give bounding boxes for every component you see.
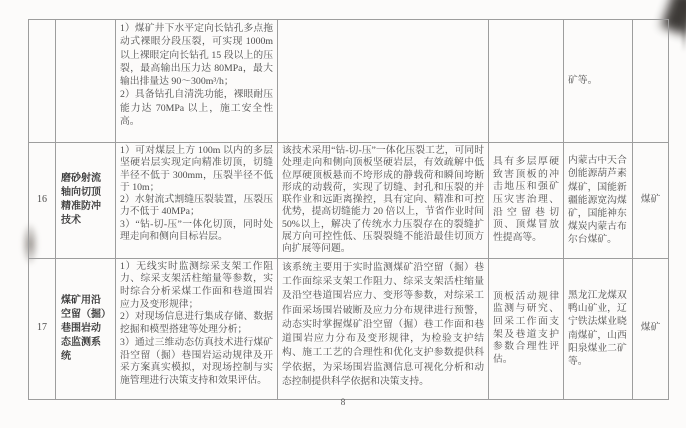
table-row: 16 磨砂射流轴向切顶精准防冲技术 1）可对煤层上方 100m 以内的多层坚硬岩… bbox=[29, 143, 669, 259]
cell-specs: 1）无线实时监测综采支架工作阻力、综采支架活柱缩量等参数，实时综合分析采煤工作面… bbox=[116, 258, 278, 399]
cell-name: 磨砂射流轴向切顶精准防冲技术 bbox=[56, 143, 116, 259]
cell-description: 该系统主要用于实时监测煤矿沿空留（掘）巷工作面综采支架工作阻力、综采支架活柱缩量… bbox=[278, 258, 489, 399]
cell-name bbox=[56, 20, 116, 143]
cell-sites: 矿等。 bbox=[564, 20, 633, 143]
cell-sites: 黑龙江龙煤双鸭山矿业，辽宁铁法煤业晓南煤矿，山西阳泉煤业二矿等。 bbox=[564, 258, 633, 399]
cell-description bbox=[278, 20, 489, 143]
cell-application bbox=[489, 20, 564, 143]
technology-table: 1）煤矿井下水平定向长钻孔多点拖动式裸眼分段压裂，可实现 1000m 以上裸眼定… bbox=[28, 19, 669, 400]
cell-mine-type: 煤矿 bbox=[633, 258, 669, 399]
cell-application: 顶板活动规律监测与研究、回采工作面支架及巷道支护参数合理性评估。 bbox=[489, 258, 564, 399]
cell-specs: 1）可对煤层上方 100m 以内的多层坚硬岩层实现定向精准切顶，切缝半径不低于 … bbox=[116, 143, 278, 259]
page-number: 8 bbox=[0, 398, 686, 408]
cell-name: 煤矿用沿空留（掘）巷围岩动态监测系统 bbox=[56, 258, 116, 399]
scanned-document-page: 1）煤矿井下水平定向长钻孔多点拖动式裸眼分段压裂，可实现 1000m 以上裸眼定… bbox=[0, 0, 686, 428]
cell-mine-type bbox=[633, 20, 669, 143]
cell-no: 17 bbox=[29, 258, 56, 399]
cell-description: 该技术采用“钻-切-压”一体化压裂工艺，可同时处理走向和侧向顶板坚硬岩层，有效疏… bbox=[278, 143, 489, 259]
table-row: 1）煤矿井下水平定向长钻孔多点拖动式裸眼分段压裂，可实现 1000m 以上裸眼定… bbox=[29, 20, 669, 143]
cell-mine-type: 煤矿 bbox=[633, 143, 669, 259]
cell-no: 16 bbox=[29, 143, 56, 259]
cell-sites: 内蒙古中天合创能源葫芦素煤矿，国能新疆能源宽沟煤矿，国能神东煤炭内蒙古布尔台煤矿… bbox=[564, 143, 633, 259]
table-row: 17 煤矿用沿空留（掘）巷围岩动态监测系统 1）无线实时监测综采支架工作阻力、综… bbox=[29, 258, 669, 399]
cell-specs: 1）煤矿井下水平定向长钻孔多点拖动式裸眼分段压裂，可实现 1000m 以上裸眼定… bbox=[116, 20, 278, 143]
cell-application: 具有多层厚硬致害顶板的冲击地压和强矿压灾害治理、沿空留巷切顶、顶煤冒放性提高等。 bbox=[489, 143, 564, 259]
cell-no bbox=[29, 20, 56, 143]
photo-edge-shadow bbox=[682, 0, 686, 52]
